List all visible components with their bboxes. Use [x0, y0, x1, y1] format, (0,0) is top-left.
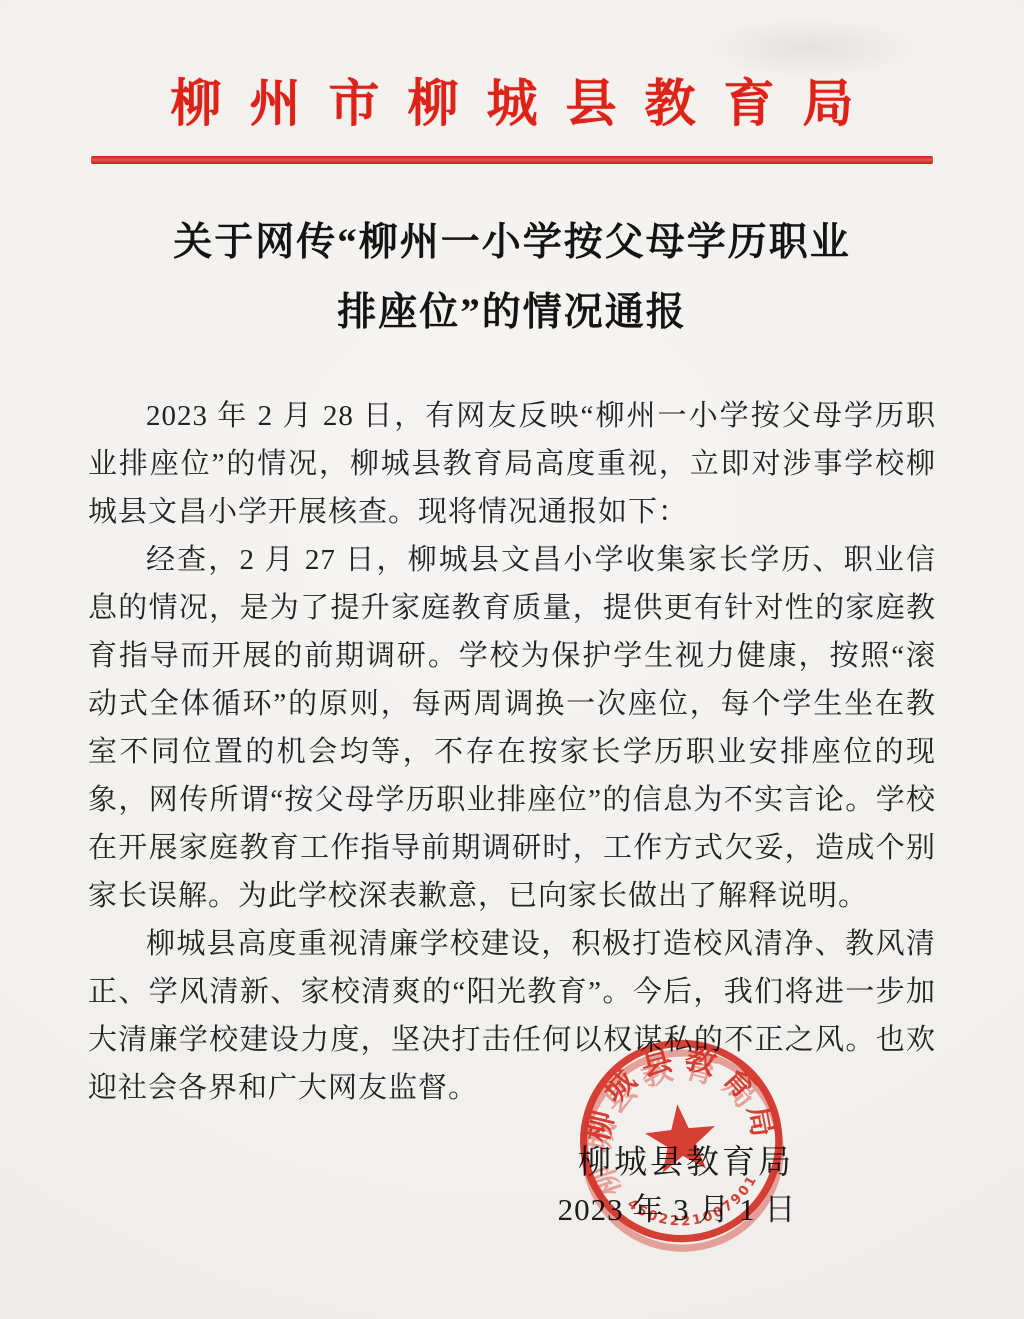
document-title-line1: 关于网传“柳州一小学按父母学历职业 [102, 208, 922, 278]
letterhead-divider [91, 156, 933, 164]
body-paragraph: 柳城县高度重视清廉学校建设，积极打造校风清净、教风清正、学风清新、家校清爽的“阳… [88, 920, 936, 1112]
scan-smudge [700, 18, 920, 78]
body-paragraph: 经查，2 月 27 日，柳城县文昌小学收集家长学历、职业信息的情况，是为了提升家… [88, 536, 936, 920]
document-title-line2: 排座位”的情况通报 [102, 278, 922, 348]
body-paragraph: 2023 年 2 月 28 日，有网友反映“柳州一小学按父母学历职业排座位”的情… [88, 392, 936, 536]
document-page: 柳州市柳城县教育局 关于网传“柳州一小学按父母学历职业 排座位”的情况通报 20… [0, 0, 1024, 1319]
seal-star-icon [642, 1101, 719, 1175]
seal-serial-number: 4502221007901 [622, 1171, 766, 1236]
official-seal: 柳城县教育局 柳城县教育局 4502221007901 [568, 1026, 794, 1252]
official-seal-main: 柳城县教育局 4502221007901 [557, 1015, 805, 1263]
svg-text:4502221007901: 4502221007901 [622, 1171, 766, 1236]
document-title: 关于网传“柳州一小学按父母学历职业 排座位”的情况通报 [102, 208, 922, 348]
document-body: 2023 年 2 月 28 日，有网友反映“柳州一小学按父母学历职业排座位”的情… [88, 392, 936, 1112]
